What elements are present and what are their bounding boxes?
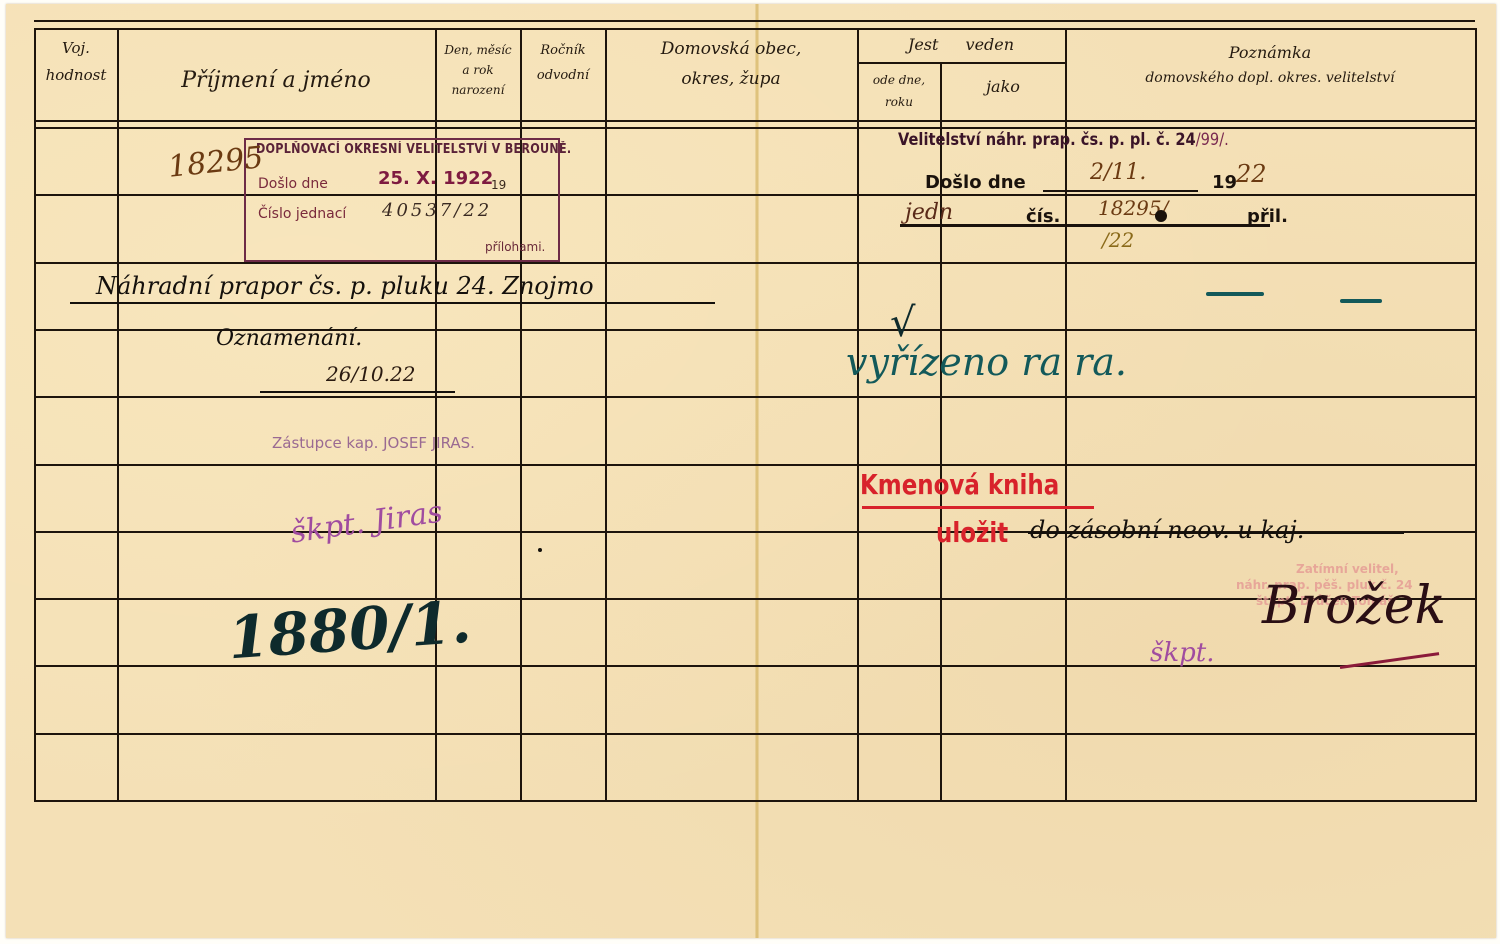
notification-date: 26/10.22 (326, 362, 415, 386)
header-kept-since: ode dne, roku (858, 74, 940, 110)
grid-hline (34, 464, 1475, 466)
grid-hline (34, 800, 1475, 802)
stray-dot (538, 548, 542, 552)
header-kept-since-line2: roku (858, 96, 940, 110)
grid-vline (1475, 28, 1477, 802)
header-class: Ročník odvodní (521, 44, 605, 84)
grid-vline (34, 28, 36, 802)
right-note-text: vyřízeno ra ra. (846, 340, 1127, 384)
notification-text: Oznamenání. (216, 326, 362, 351)
grid-vline (857, 28, 859, 802)
grid-hline (857, 62, 1065, 64)
right-stamp-line3-strike (900, 224, 1270, 227)
right-stamp-dot (1155, 210, 1167, 222)
notification-date-underline (260, 391, 455, 393)
header-rank-line2: hodnost (36, 67, 116, 84)
header-kept-as-text: jako (941, 78, 1065, 96)
right-stamp-line3-label: čís. (1026, 206, 1060, 227)
grid-hline (34, 120, 1475, 122)
unit-line-underline (70, 302, 715, 304)
grid-hline (34, 20, 1475, 22)
unit-line: Náhradní prapor čs. p. pluku 24. Znojmo (96, 272, 594, 300)
header-note: Poznámka domovského dopl. okres. velitel… (1066, 44, 1474, 86)
header-rank-line1: Voj. (36, 40, 116, 57)
red-stamp-line1: Kmenová kniha (860, 468, 1059, 501)
right-stamp-received-underline (1043, 190, 1198, 192)
grid-vline (605, 28, 607, 802)
header-note-line1: Poznámka (1066, 44, 1474, 62)
header-rank: Voj. hodnost (36, 40, 116, 85)
grid-hline (34, 127, 1475, 129)
archive-note: do zásobní neov. u kaj. (1030, 516, 1304, 544)
grid-hline (34, 28, 1475, 30)
grid-hline (34, 262, 1475, 264)
faint-stamp-line1: Zatímní velitel, (1296, 562, 1399, 576)
right-stamp-year-suffix: 22 (1236, 160, 1267, 188)
grid-hline (34, 733, 1475, 735)
right-stamp-year-prefix: 19 (1212, 172, 1237, 193)
right-stamp-received-label: Došlo dne (925, 172, 1026, 193)
deputy-stamp: Zástupce kap. JOSEF JIRAS. (272, 434, 475, 452)
right-stamp-attachments: přil. (1247, 206, 1288, 227)
commander-signature: Brožek (1262, 576, 1446, 636)
header-kept-as: jako (941, 78, 1065, 96)
right-stamp-title-text: Velitelství náhr. prap. čs. p. pl. č. 24 (898, 130, 1196, 150)
left-stamp-received-label: Došlo dne (258, 176, 328, 192)
left-stamp-ref-value: 40537/22 (382, 200, 492, 221)
right-note-macron-1 (1206, 292, 1264, 296)
left-stamp-title: DOPLŇOVACÍ OKRESNÍ VELITELSTVÍ V BEROUNĚ… (256, 142, 571, 157)
right-note-macron-2 (1340, 299, 1382, 303)
header-birth: Den, měsíc a rok narození (436, 44, 520, 97)
right-stamp-received-date: 2/11. (1090, 160, 1146, 185)
left-stamp-received-date: 25. X. 1922 (378, 168, 493, 189)
header-kept-text: Jest veden (858, 36, 1064, 54)
header-home-line2: okres, župa (606, 70, 856, 90)
right-stamp-title: Velitelství náhr. prap. čs. p. pl. č. 24… (898, 130, 1229, 150)
header-birth-line2: a rok (436, 64, 520, 78)
header-note-line2: domovského dopl. okres. velitelství (1066, 70, 1474, 86)
header-class-line1: Ročník (521, 44, 605, 59)
header-kept: Jest veden (858, 36, 1064, 54)
red-stamp-underline (862, 506, 1094, 509)
header-birth-line1: Den, měsíc (436, 44, 520, 58)
center-fold (755, 4, 759, 938)
left-stamp-attachments: přílohami. (485, 240, 545, 254)
archive-note-strike (1028, 532, 1404, 534)
right-stamp-title-suffix: /99/. (1196, 130, 1229, 150)
grid-vline (117, 28, 119, 802)
header-name-text: Příjmení a jméno (120, 68, 432, 93)
red-stamp-line2: uložit (936, 516, 1008, 549)
commander-signature-prefix: škpt. (1150, 638, 1214, 668)
header-class-line2: odvodní (521, 69, 605, 84)
grid-hline (34, 396, 1475, 398)
left-stamp-ref-label: Číslo jednací (258, 206, 346, 222)
left-stamp-year-prefix: 19 (491, 178, 506, 192)
header-home: Domovská obec, okres, župa (606, 40, 856, 89)
header-name: Příjmení a jméno (120, 68, 432, 93)
header-birth-line3: narození (436, 84, 520, 98)
right-stamp-line3-handwritten: jedn (905, 200, 953, 225)
header-kept-since-line1: ode dne, (858, 74, 940, 88)
header-home-line1: Domovská obec, (606, 40, 856, 60)
right-stamp-line3-number-sub: /22 (1102, 228, 1134, 252)
